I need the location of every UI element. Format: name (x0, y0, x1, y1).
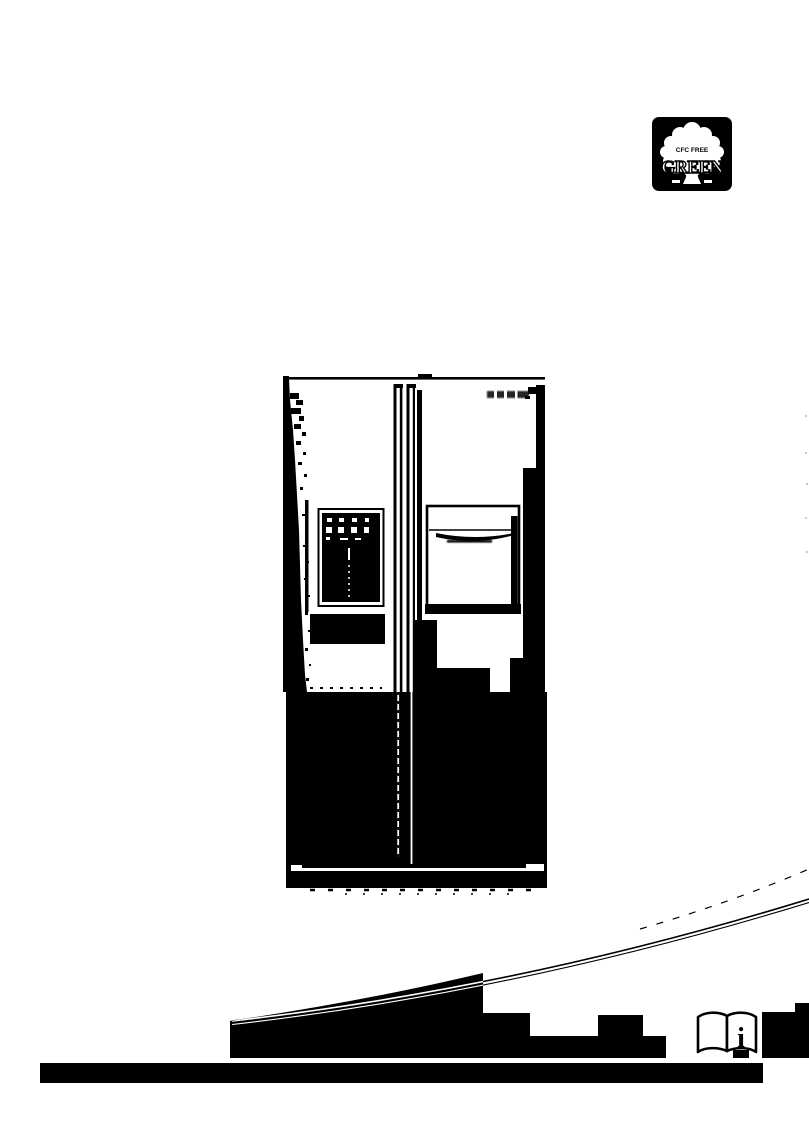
brand-mark (487, 390, 529, 399)
scan-specks (805, 415, 808, 553)
fridge-base (286, 688, 547, 894)
manual-book-icon: i (698, 1013, 756, 1058)
dispenser-panel (305, 500, 385, 644)
scanned-manual-cover-page: CFC FREE GREEN (0, 0, 809, 1128)
footer-bar (40, 1063, 763, 1083)
fridge-top-line (283, 374, 545, 380)
home-bar (425, 506, 521, 614)
corner-block (762, 1003, 809, 1058)
cover-artwork: i (0, 0, 809, 1128)
sweep-curve-knockout (232, 899, 809, 1025)
sweep-dashed-line (640, 869, 809, 929)
black-wedge-band (230, 973, 666, 1058)
sweep-curve (232, 899, 809, 1025)
door-handles (394, 384, 417, 692)
info-symbol-icon: i (737, 1023, 745, 1054)
refrigerator-illustration (283, 374, 547, 894)
